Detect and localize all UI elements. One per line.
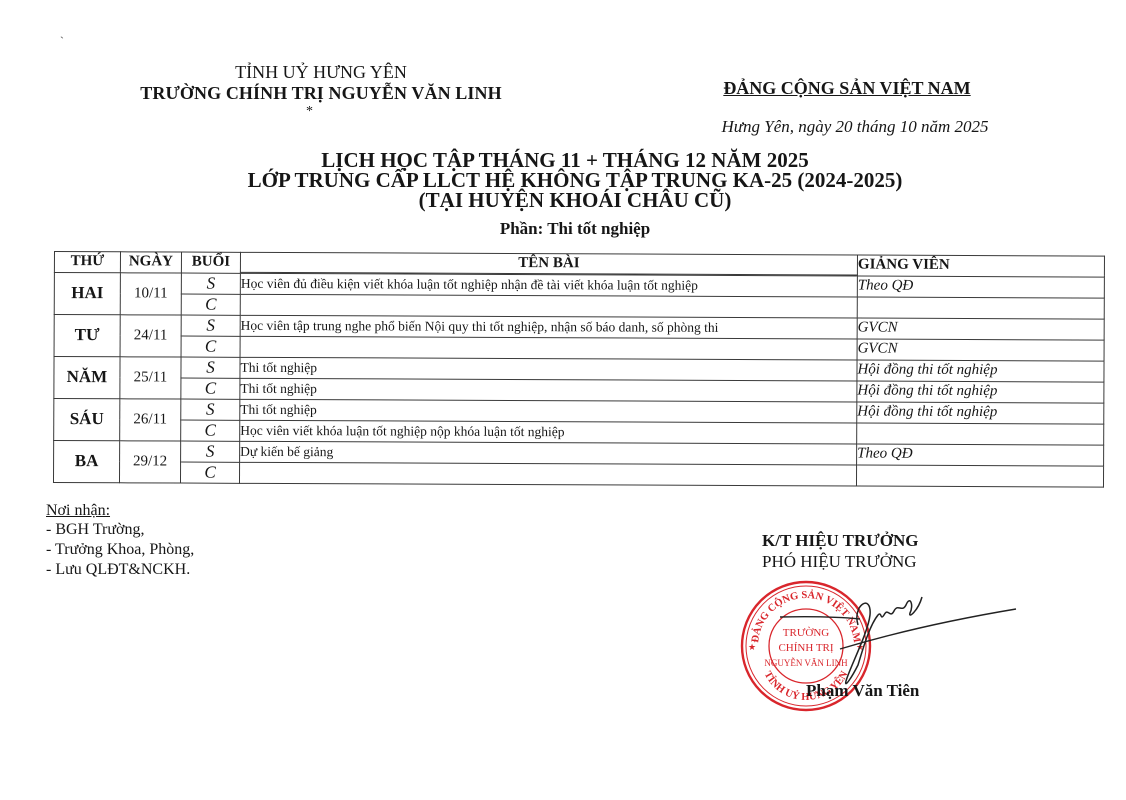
cell-day: HAI xyxy=(54,272,120,314)
header-date: NGÀY xyxy=(120,252,181,273)
cell-date: 26/11 xyxy=(120,398,181,440)
cell-lecturer: GVCN xyxy=(857,339,1104,361)
cell-session: S xyxy=(181,273,240,294)
recipient-item: - BGH Trường, xyxy=(46,521,145,539)
svg-text:★: ★ xyxy=(748,642,756,652)
org-name: TRƯỜNG CHÍNH TRỊ NGUYỄN VĂN LINH xyxy=(120,83,522,104)
handwritten-signature-icon xyxy=(780,585,1020,695)
cell-lecturer xyxy=(857,423,1104,445)
cell-lecturer: Hội đồng thi tốt nghiệp xyxy=(857,402,1104,424)
header-day: THỨ xyxy=(54,252,120,273)
cell-day: SÁU xyxy=(54,398,120,440)
recipient-item: - Lưu QLĐT&NCKH. xyxy=(46,561,190,579)
cell-lecturer xyxy=(857,297,1104,319)
cell-session: C xyxy=(181,420,240,441)
cell-lesson: Học viên viết khóa luận tốt nghiệp nộp k… xyxy=(240,420,857,444)
doc-title-line3: (TẠI HUYỆN KHOÁI CHÂU CŨ) xyxy=(230,188,920,213)
margin-mark: ` xyxy=(60,34,64,49)
cell-lecturer: Theo QĐ xyxy=(857,444,1104,466)
cell-lecturer: Hội đồng thi tốt nghiệp xyxy=(857,360,1104,382)
cell-lecturer xyxy=(856,465,1103,487)
cell-date: 10/11 xyxy=(120,272,181,314)
signature-subtitle: PHÓ HIỆU TRƯỞNG xyxy=(762,552,917,572)
cell-lecturer: Theo QĐ xyxy=(857,276,1104,298)
header-lesson: TÊN BÀI xyxy=(240,252,857,274)
cell-session: C xyxy=(181,378,240,399)
cell-session: S xyxy=(181,441,240,462)
cell-session: C xyxy=(180,462,239,483)
cell-lesson: Dự kiến bế giảng xyxy=(240,441,857,465)
cell-date: 29/12 xyxy=(119,440,180,482)
signature-title: K/T HIỆU TRƯỞNG xyxy=(762,531,919,551)
cell-lesson: Thi tốt nghiệp xyxy=(240,357,857,381)
cell-lesson xyxy=(240,294,857,318)
cell-day: TƯ xyxy=(54,314,120,356)
cell-lesson xyxy=(240,336,857,360)
header-session: BUỔI xyxy=(181,252,240,273)
cell-date: 24/11 xyxy=(120,314,181,356)
recipient-item: - Trưởng Khoa, Phòng, xyxy=(46,541,194,559)
table-row: C xyxy=(53,461,1103,487)
cell-session: S xyxy=(181,315,240,336)
cell-day: NĂM xyxy=(54,356,120,398)
cell-date: 25/11 xyxy=(120,356,181,398)
cell-lesson: Học viên tập trung nghe phổ biến Nội quy… xyxy=(240,315,857,339)
cell-lesson xyxy=(239,462,856,486)
star-icon: * xyxy=(306,104,313,120)
cell-session: C xyxy=(181,294,240,315)
cell-lesson: Thi tốt nghiệp xyxy=(240,378,857,402)
signer-name: Phạm Văn Tiên xyxy=(806,681,919,701)
cell-session: C xyxy=(181,336,240,357)
place-date: Hưng Yên, ngày 20 tháng 10 năm 2025 xyxy=(700,117,1010,137)
cell-lecturer: GVCN xyxy=(857,318,1104,340)
cell-session: S xyxy=(181,357,240,378)
cell-lecturer: Hội đồng thi tốt nghiệp xyxy=(857,381,1104,403)
doc-section: Phần: Thi tốt nghiệp xyxy=(230,219,920,239)
cell-lesson: Học viên đủ điều kiện viết khóa luận tốt… xyxy=(240,273,857,297)
cell-day: BA xyxy=(53,440,119,482)
parent-org: TỈNH UỶ HƯNG YÊN xyxy=(140,62,502,83)
header-lecturer: GIẢNG VIÊN xyxy=(857,255,1104,277)
cell-lesson: Thi tốt nghiệp xyxy=(240,399,857,423)
schedule-table: THỨ NGÀY BUỔI TÊN BÀI GIẢNG VIÊN HAI10/1… xyxy=(53,251,1105,487)
cell-session: S xyxy=(181,399,240,420)
party-heading: ĐẢNG CỘNG SẢN VIỆT NAM xyxy=(712,78,982,99)
recipients-title: Nơi nhận: xyxy=(46,502,110,520)
